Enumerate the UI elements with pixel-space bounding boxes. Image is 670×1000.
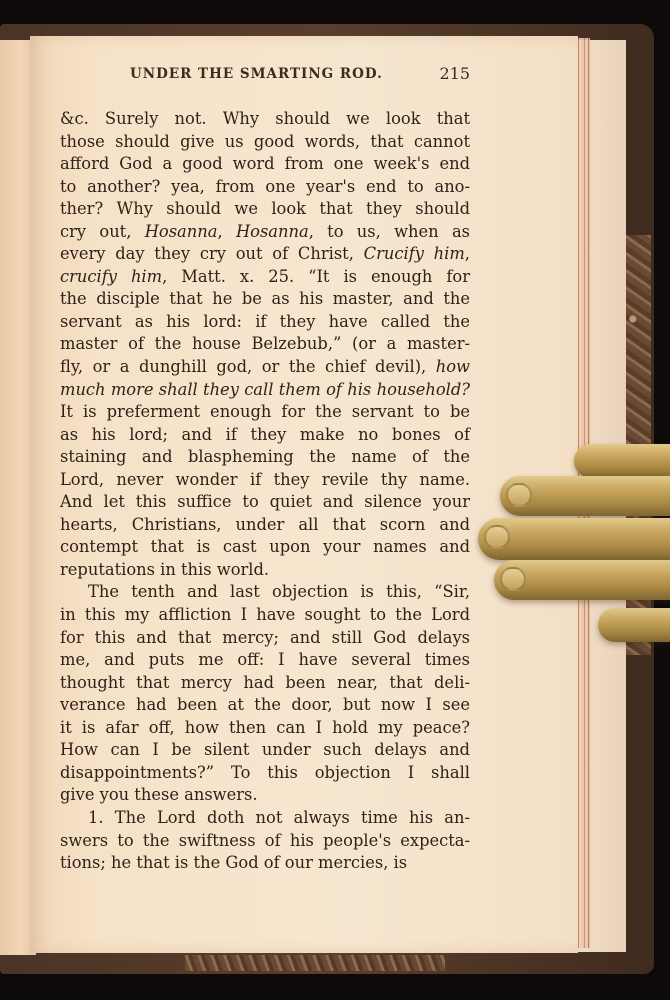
text-line: contempt that is cast upon your names an… — [60, 536, 470, 559]
text-line: me, and puts me off: I have several time… — [60, 649, 470, 672]
text-run: The tenth and last objection is this, “S… — [88, 582, 470, 601]
italic-text: crucify him — [60, 267, 162, 286]
text-run: How can I be silent under such delays an… — [60, 740, 470, 759]
text-run: swers to the swiftness of his people's e… — [60, 831, 470, 850]
text-line: And let this suffice to quiet and silenc… — [60, 491, 470, 514]
page-number: 215 — [439, 64, 470, 83]
brass-finger — [500, 476, 670, 516]
italic-text: Hosanna — [145, 222, 218, 241]
text-run: the disciple that he be as his master, a… — [60, 289, 470, 308]
text-run: thought that mercy had been near, that d… — [60, 673, 470, 692]
text-line: It is preferment enough for the servant … — [60, 401, 470, 424]
text-run: every day they cry out of Christ, — [60, 244, 364, 263]
text-run: Lord, never wonder if they revile thy na… — [60, 470, 470, 489]
text-line: those should give us good words, that ca… — [60, 131, 470, 154]
text-run: servant as his lord: if they have called… — [60, 312, 470, 331]
text-run: contempt that is cast upon your names an… — [60, 537, 470, 556]
brass-finger — [494, 560, 670, 600]
text-line: in this my affliction I have sought to t… — [60, 604, 470, 627]
text-run: me, and puts me off: I have several time… — [60, 650, 470, 669]
brass-finger — [478, 518, 670, 560]
text-line: the disciple that he be as his master, a… — [60, 288, 470, 311]
text-run: for this and that mercy; and still God d… — [60, 628, 470, 647]
text-line: it is afar off, how then can I hold my p… — [60, 717, 470, 740]
brass-hand-icon — [476, 440, 670, 645]
text-run: fly, or a dunghill god, or the chief dev… — [60, 357, 436, 376]
text-line: servant as his lord: if they have called… — [60, 311, 470, 334]
text-run: tions; he that is the God of our mercies… — [60, 853, 407, 872]
italic-text: Crucify him — [364, 244, 465, 263]
text-run: , Matt. x. 25. “It is enough for — [162, 267, 470, 286]
text-run: reputations in this world. — [60, 560, 269, 579]
text-run: to another? yea, from one year's end to … — [60, 177, 470, 196]
text-run: ther? Why should we look that they shoul… — [60, 199, 470, 218]
text-line: to another? yea, from one year's end to … — [60, 176, 470, 199]
text-run: give you these answers. — [60, 785, 258, 804]
text-line: &c. Surely not. Why should we look that — [60, 108, 470, 131]
italic-text: Hosanna — [236, 222, 309, 241]
text-line: much more shall they call them of his ho… — [60, 379, 470, 402]
running-head: UNDER THE SMARTING ROD. — [130, 66, 383, 82]
text-line: for this and that mercy; and still God d… — [60, 627, 470, 650]
text-line: verance had been at the door, but now I … — [60, 694, 470, 717]
text-run: , — [217, 222, 235, 241]
text-line: How can I be silent under such delays an… — [60, 739, 470, 762]
text-line: thought that mercy had been near, that d… — [60, 672, 470, 695]
text-line: staining and blaspheming the name of the — [60, 446, 470, 469]
text-run: cry out, — [60, 222, 145, 241]
text-line: swers to the swiftness of his people's e… — [60, 830, 470, 853]
italic-text: how — [436, 357, 470, 376]
italic-text: much more shall they call them of his ho… — [60, 380, 470, 399]
text-line: Lord, never wonder if they revile thy na… — [60, 469, 470, 492]
text-line: every day they cry out of Christ, Crucif… — [60, 243, 470, 266]
text-line: afford God a good word from one week's e… — [60, 153, 470, 176]
marbled-cover-edge-bottom — [185, 955, 445, 971]
text-run: it is afar off, how then can I hold my p… — [60, 718, 470, 737]
text-line: master of the house Belzebub,” (or a mas… — [60, 333, 470, 356]
text-run: afford God a good word from one week's e… — [60, 154, 470, 173]
page-header: UNDER THE SMARTING ROD. 215 — [130, 64, 470, 86]
text-line: give you these answers. — [60, 784, 470, 807]
text-run: as his lord; and if they make no bones o… — [60, 425, 470, 444]
text-run: 1. The Lord doth not always time his an- — [88, 808, 470, 827]
text-line: tions; he that is the God of our mercies… — [60, 852, 470, 875]
text-run: in this my affliction I have sought to t… — [60, 605, 470, 624]
text-run: master of the house Belzebub,” (or a mas… — [60, 334, 470, 353]
text-line: cry out, Hosanna, Hosanna, to us, when a… — [60, 221, 470, 244]
text-line: disappointments?” To this objection I sh… — [60, 762, 470, 785]
text-run: staining and blaspheming the name of the — [60, 447, 470, 466]
text-line: reputations in this world. — [60, 559, 470, 582]
text-line: crucify him, Matt. x. 25. “It is enough … — [60, 266, 470, 289]
text-line: 1. The Lord doth not always time his an- — [60, 807, 470, 830]
text-run: verance had been at the door, but now I … — [60, 695, 470, 714]
text-line: The tenth and last objection is this, “S… — [60, 581, 470, 604]
text-run: disappointments?” To this objection I sh… — [60, 763, 470, 782]
text-line: ther? Why should we look that they shoul… — [60, 198, 470, 221]
text-run: hearts, Christians, under all that scorn… — [60, 515, 470, 534]
brass-finger — [574, 444, 670, 478]
text-run: And let this suffice to quiet and silenc… — [60, 492, 470, 511]
text-line: as his lord; and if they make no bones o… — [60, 424, 470, 447]
text-line: fly, or a dunghill god, or the chief dev… — [60, 356, 470, 379]
text-line: hearts, Christians, under all that scorn… — [60, 514, 470, 537]
text-run: &c. Surely not. Why should we look that — [60, 109, 470, 128]
page-body-text: &c. Surely not. Why should we look thatt… — [60, 108, 470, 875]
brass-finger — [598, 608, 670, 642]
text-run: , to us, when as — [309, 222, 470, 241]
text-run: It is preferment enough for the servant … — [60, 402, 470, 421]
text-run: those should give us good words, that ca… — [60, 132, 470, 151]
text-run: , — [465, 244, 470, 263]
